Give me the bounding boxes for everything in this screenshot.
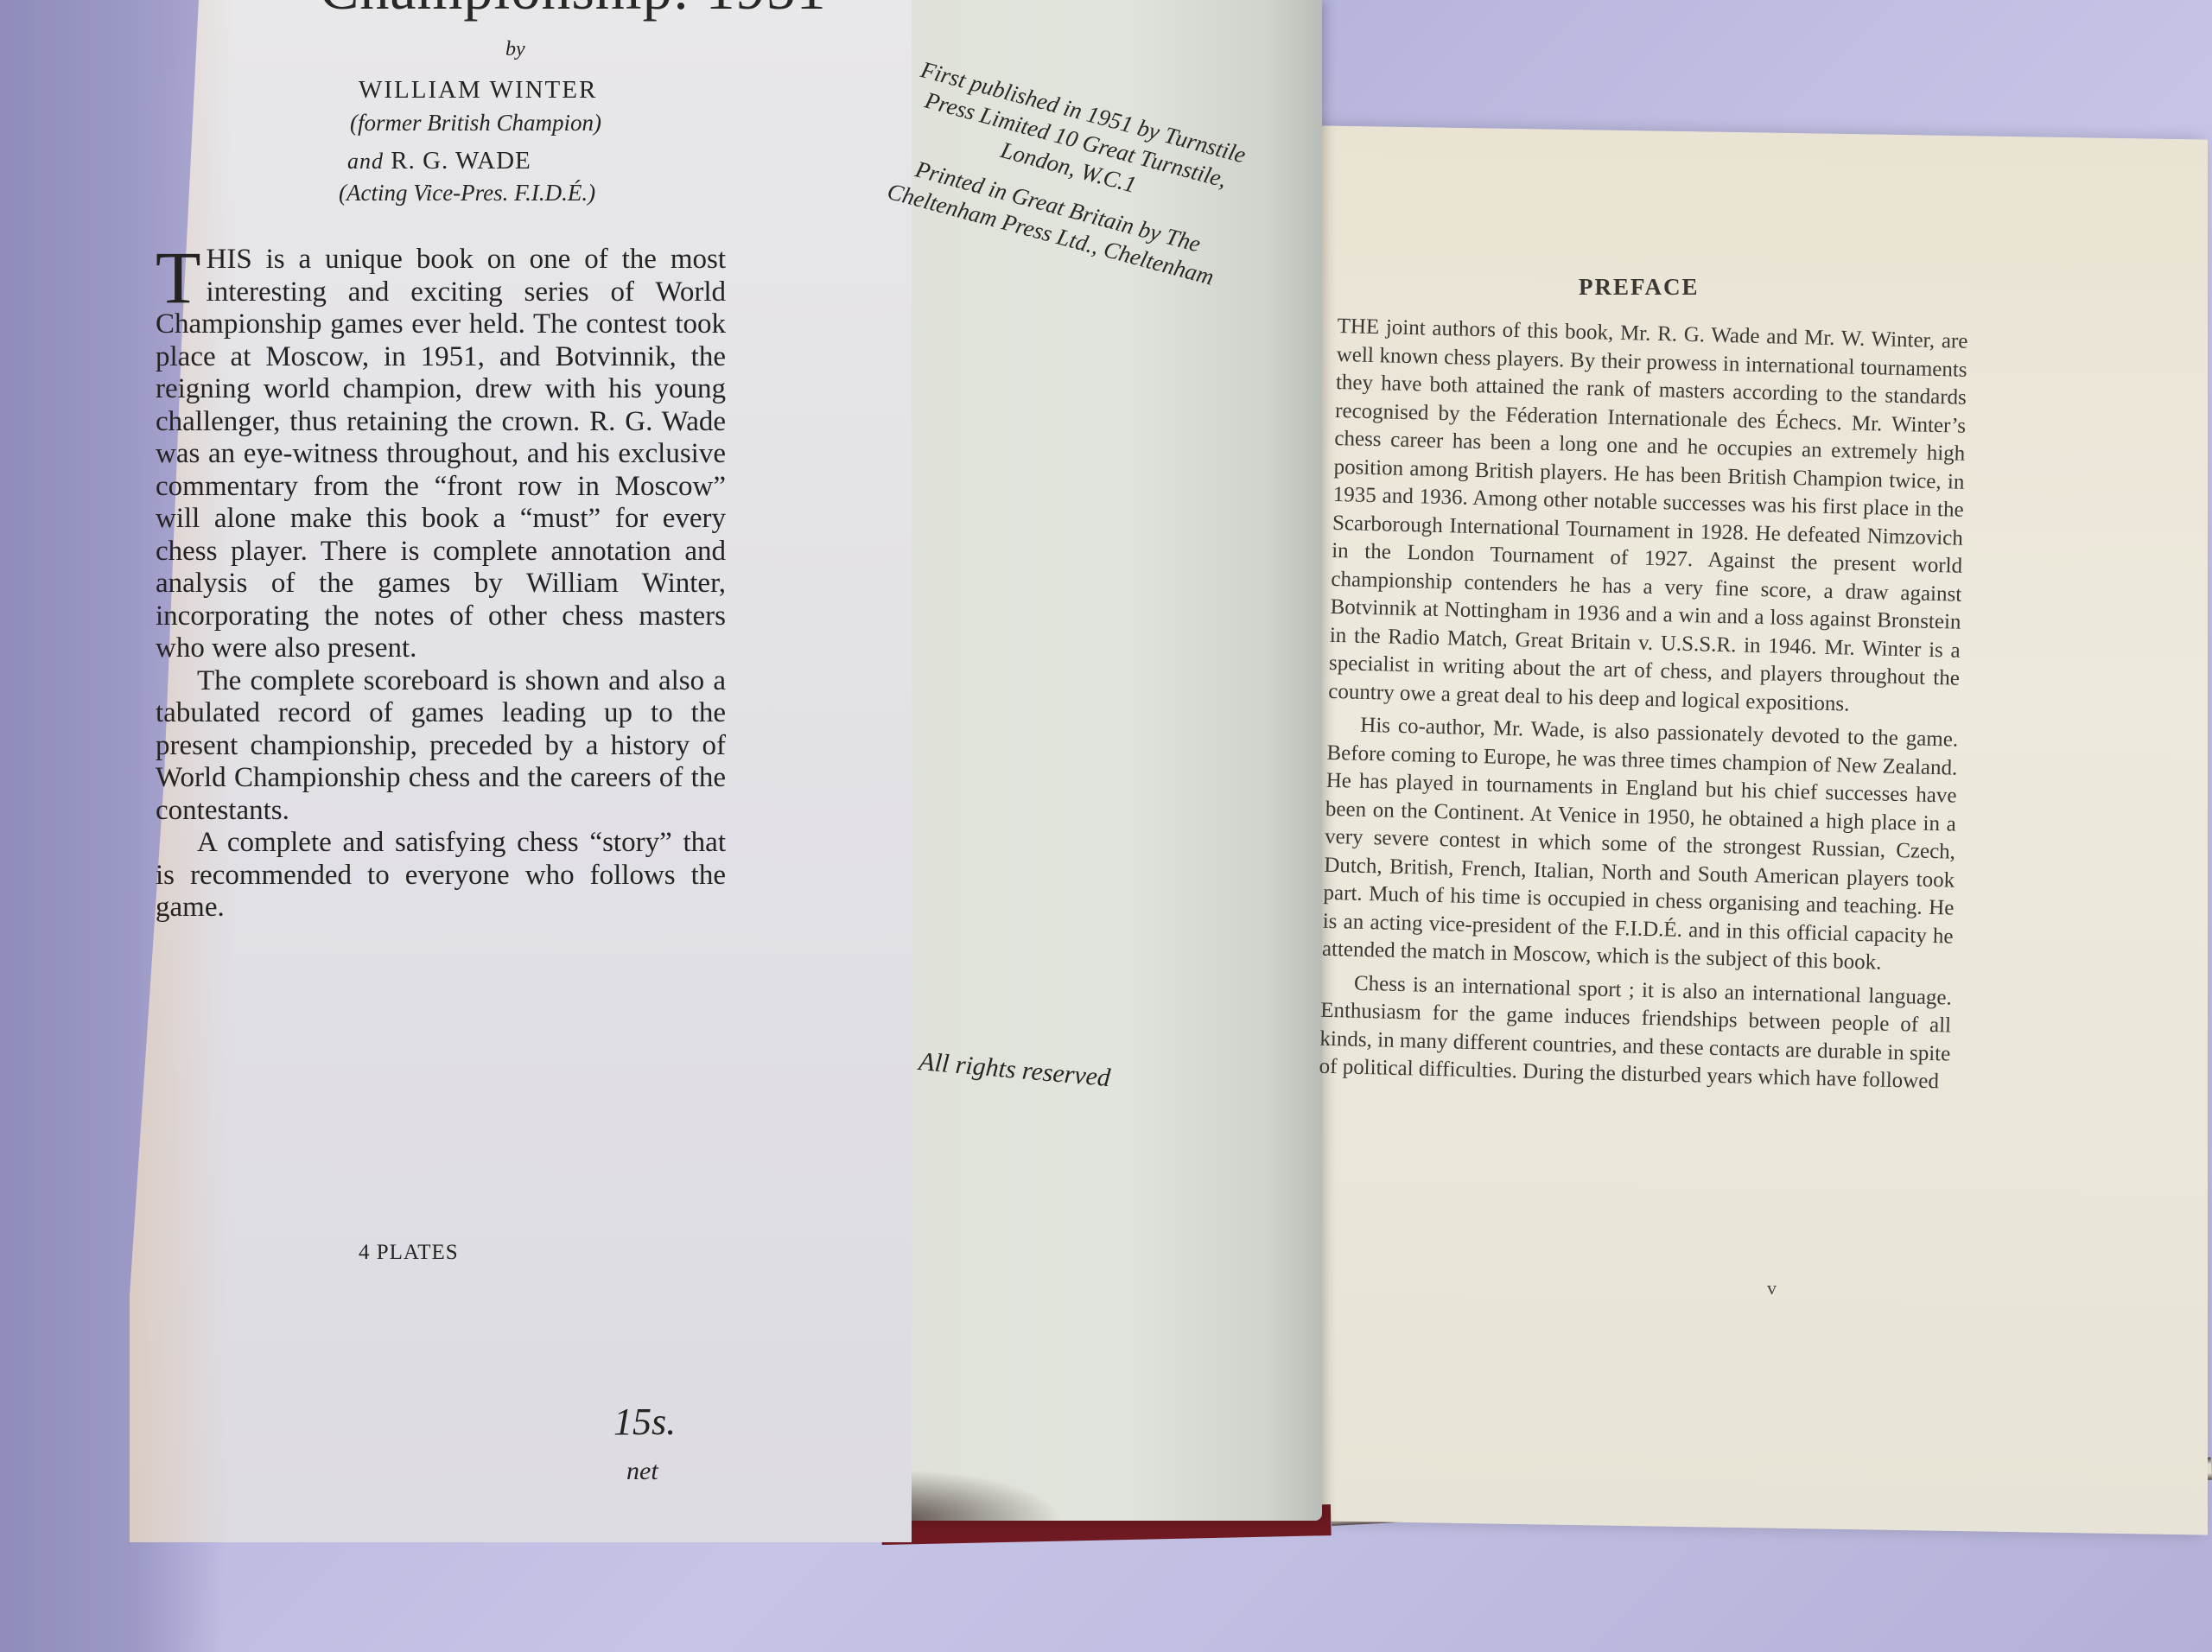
preface-paragraph-1: THE joint authors of this book, Mr. R. G… (1328, 313, 1968, 721)
price: 15s. (613, 1400, 676, 1444)
gutter-shadow (890, 1469, 1063, 1521)
blurb-paragraph-2: The complete scoreboard is shown and als… (156, 665, 726, 828)
preface-paragraph-2: His co-author, Mr. Wade, is also passion… (1322, 711, 1959, 979)
author-2-note: (Acting Vice-Pres. F.I.D.É.) (339, 180, 595, 206)
by-line: by (505, 38, 525, 61)
preface-paragraph-3: Chess is an international sport ; it is … (1319, 969, 1952, 1096)
and-word: and (347, 149, 384, 174)
author-1-note: (former British Champion) (350, 110, 601, 137)
author-2-line: and R. G. WADE (347, 147, 531, 175)
drop-cap: T (156, 247, 201, 308)
blurb-paragraph-3: A complete and satisfying chess “story” … (156, 827, 726, 924)
plates-count: 4 PLATES (359, 1241, 459, 1265)
page-number: v (1767, 1277, 1777, 1299)
preface-heading: PREFACE (1579, 274, 1700, 301)
blurb-paragraph-1: THIS is a unique book on one of the most… (156, 244, 726, 665)
preface-body: THE joint authors of this book, Mr. R. G… (1319, 313, 1968, 1096)
author-2: R. G. WADE (391, 147, 531, 175)
jacket-blurb: THIS is a unique book on one of the most… (156, 244, 726, 924)
author-1: WILLIAM WINTER (359, 76, 597, 105)
price-note: net (626, 1457, 658, 1486)
blurb-text-1: HIS is a unique book on one of the most … (156, 244, 726, 664)
book-title-partial: Championship: 1951 (320, 0, 827, 23)
